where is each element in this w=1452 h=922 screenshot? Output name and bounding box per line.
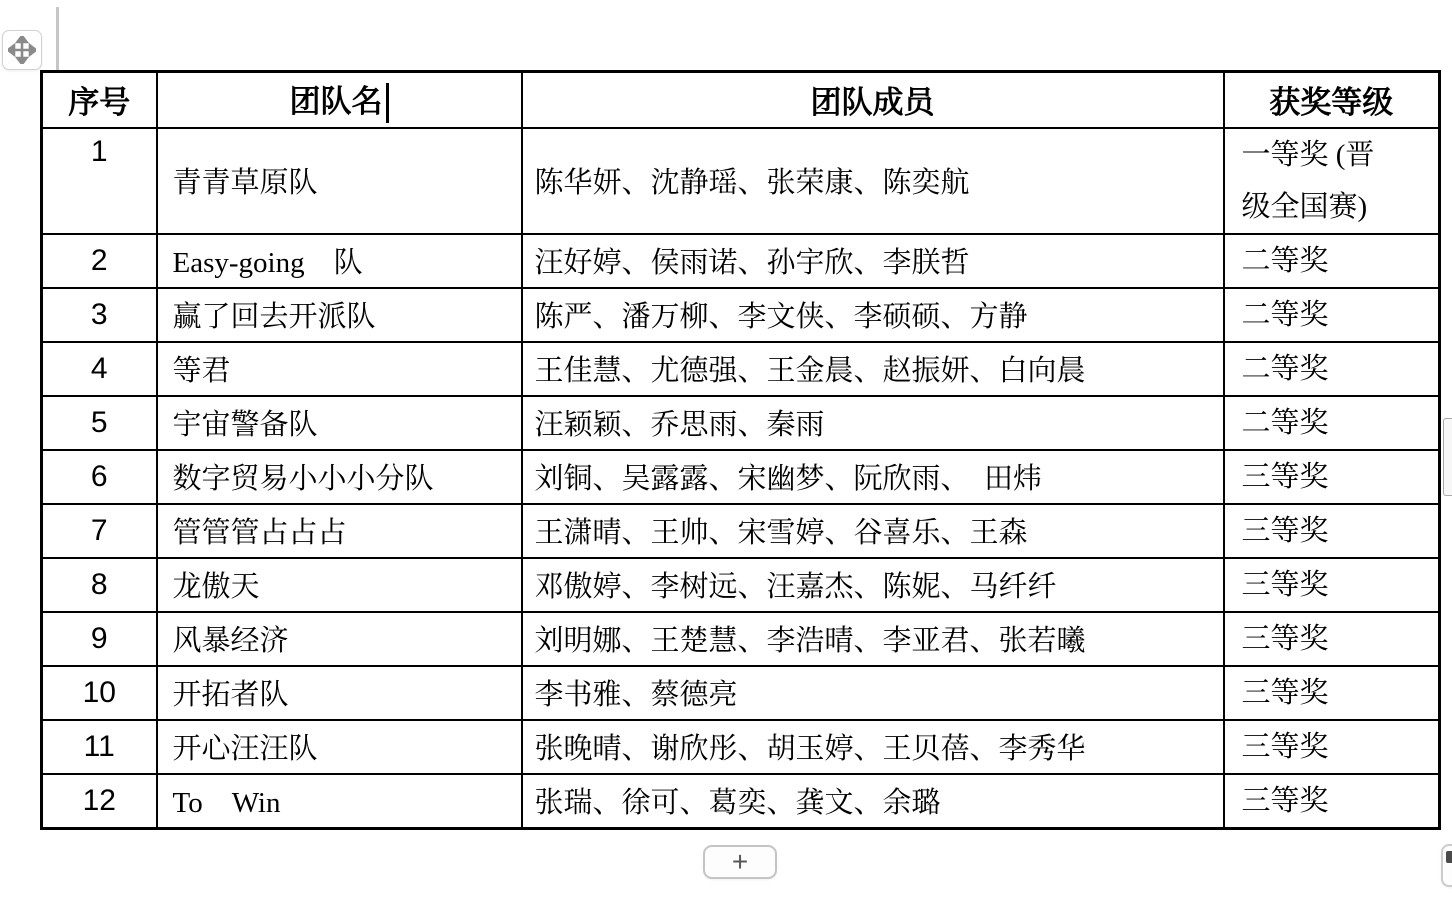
cell-members[interactable]: 李书雅、蔡德亮	[522, 666, 1224, 720]
table-row: 7 管管管占占占 王潇晴、王帅、宋雪婷、谷喜乐、王森 三等奖	[42, 504, 1440, 558]
awards-table: 序号 团队名 团队成员 获奖等级 1 青青草原队 陈华妍、沈静瑶、张荣康、陈奕航…	[40, 70, 1441, 830]
header-label-team: 团队名	[290, 84, 383, 119]
cell-members[interactable]: 张晚晴、谢欣彤、胡玉婷、王贝蓓、李秀华	[522, 720, 1224, 774]
pen-icon	[1446, 851, 1452, 863]
cell-team[interactable]: 赢了回去开派队	[157, 288, 522, 342]
cell-members[interactable]: 汪颖颖、乔思雨、秦雨	[522, 396, 1224, 450]
cell-no[interactable]: 7	[42, 504, 157, 558]
plus-icon: +	[732, 848, 748, 876]
cell-members[interactable]: 陈严、潘万柳、李文侠、李硕硕、方静	[522, 288, 1224, 342]
table-row: 8 龙傲天 邓傲婷、李树远、汪嘉杰、陈妮、马纤纤 三等奖	[42, 558, 1440, 612]
cell-no[interactable]: 4	[42, 342, 157, 396]
header-cell-members[interactable]: 团队成员	[522, 72, 1224, 128]
cell-team[interactable]: 宇宙警备队	[157, 396, 522, 450]
cell-team[interactable]: 风暴经济	[157, 612, 522, 666]
table-move-handle[interactable]	[2, 30, 42, 70]
cell-team[interactable]: 青青草原队	[157, 128, 522, 234]
cell-team[interactable]: 等君	[157, 342, 522, 396]
table-row: 6 数字贸易小小小分队 刘铜、吴露露、宋幽梦、阮欣雨、 田炜 三等奖	[42, 450, 1440, 504]
cell-team[interactable]: To Win	[157, 774, 522, 829]
cell-award[interactable]: 一等奖 (晋 级全国赛)	[1224, 128, 1440, 234]
cell-award[interactable]: 二等奖	[1224, 234, 1440, 288]
cell-members[interactable]: 张瑞、徐可、葛奕、龚文、余璐	[522, 774, 1224, 829]
cell-award[interactable]: 三等奖	[1224, 666, 1440, 720]
header-cell-team[interactable]: 团队名	[157, 72, 522, 128]
cell-team[interactable]: Easy-going 队	[157, 234, 522, 288]
cell-award[interactable]: 三等奖	[1224, 720, 1440, 774]
header-cell-award[interactable]: 获奖等级	[1224, 72, 1440, 128]
cell-team[interactable]: 龙傲天	[157, 558, 522, 612]
table-row: 4 等君 王佳慧、尤德强、王金晨、赵振妍、白向晨 二等奖	[42, 342, 1440, 396]
vertical-scrollbar-thumb[interactable]	[1443, 418, 1452, 496]
cell-award[interactable]: 二等奖	[1224, 288, 1440, 342]
document-page: { "controls": { "move_handle_icon": "fou…	[0, 0, 1452, 922]
cell-members[interactable]: 刘明娜、王楚慧、李浩晴、李亚君、张若曦	[522, 612, 1224, 666]
cell-award[interactable]: 三等奖	[1224, 774, 1440, 829]
table-row: 3 赢了回去开派队 陈严、潘万柳、李文侠、李硕硕、方静 二等奖	[42, 288, 1440, 342]
cell-members[interactable]: 邓傲婷、李树远、汪嘉杰、陈妮、马纤纤	[522, 558, 1224, 612]
cell-team[interactable]: 开心汪汪队	[157, 720, 522, 774]
header-label-award: 获奖等级	[1269, 85, 1393, 120]
cell-award[interactable]: 三等奖	[1224, 612, 1440, 666]
cell-no[interactable]: 3	[42, 288, 157, 342]
cell-members[interactable]: 王佳慧、尤德强、王金晨、赵振妍、白向晨	[522, 342, 1224, 396]
table-row: 1 青青草原队 陈华妍、沈静瑶、张荣康、陈奕航 一等奖 (晋 级全国赛)	[42, 128, 1440, 234]
cell-no[interactable]: 9	[42, 612, 157, 666]
cell-award[interactable]: 三等奖	[1224, 504, 1440, 558]
add-row-button[interactable]: +	[703, 845, 777, 879]
cell-no[interactable]: 10	[42, 666, 157, 720]
cell-members[interactable]: 陈华妍、沈静瑶、张荣康、陈奕航	[522, 128, 1224, 234]
cell-no[interactable]: 12	[42, 774, 157, 829]
table-header-row: 序号 团队名 团队成员 获奖等级	[42, 72, 1440, 128]
cell-members[interactable]: 王潇晴、王帅、宋雪婷、谷喜乐、王森	[522, 504, 1224, 558]
cell-no[interactable]: 5	[42, 396, 157, 450]
cell-no[interactable]: 6	[42, 450, 157, 504]
cell-no[interactable]: 11	[42, 720, 157, 774]
table-row: 9 风暴经济 刘明娜、王楚慧、李浩晴、李亚君、张若曦 三等奖	[42, 612, 1440, 666]
cell-award[interactable]: 二等奖	[1224, 396, 1440, 450]
cell-award[interactable]: 三等奖	[1224, 558, 1440, 612]
cell-no[interactable]: 8	[42, 558, 157, 612]
header-cell-no[interactable]: 序号	[42, 72, 157, 128]
cell-members[interactable]: 刘铜、吴露露、宋幽梦、阮欣雨、 田炜	[522, 450, 1224, 504]
side-panel-button[interactable]	[1441, 844, 1452, 887]
table-row: 12 To Win 张瑞、徐可、葛奕、龚文、余璐 三等奖	[42, 774, 1440, 829]
cell-team[interactable]: 管管管占占占	[157, 504, 522, 558]
header-label-no: 序号	[68, 85, 130, 120]
cell-award[interactable]: 三等奖	[1224, 450, 1440, 504]
table-row: 5 宇宙警备队 汪颖颖、乔思雨、秦雨 二等奖	[42, 396, 1440, 450]
table-row: 11 开心汪汪队 张晚晴、谢欣彤、胡玉婷、王贝蓓、李秀华 三等奖	[42, 720, 1440, 774]
cell-no[interactable]: 1	[42, 128, 157, 234]
cell-award[interactable]: 二等奖	[1224, 342, 1440, 396]
table-row: 10 开拓者队 李书雅、蔡德亮 三等奖	[42, 666, 1440, 720]
table-row: 2 Easy-going 队 汪好婷、侯雨诺、孙宇欣、李朕哲 二等奖	[42, 234, 1440, 288]
text-cursor-caret	[386, 83, 389, 123]
cell-no[interactable]: 2	[42, 234, 157, 288]
cell-team[interactable]: 数字贸易小小小分队	[157, 450, 522, 504]
header-label-members: 团队成员	[811, 85, 935, 120]
cell-members[interactable]: 汪好婷、侯雨诺、孙宇欣、李朕哲	[522, 234, 1224, 288]
cell-team[interactable]: 开拓者队	[157, 666, 522, 720]
four-way-move-arrow-icon	[8, 36, 36, 64]
paragraph-cursor-line	[56, 7, 59, 70]
